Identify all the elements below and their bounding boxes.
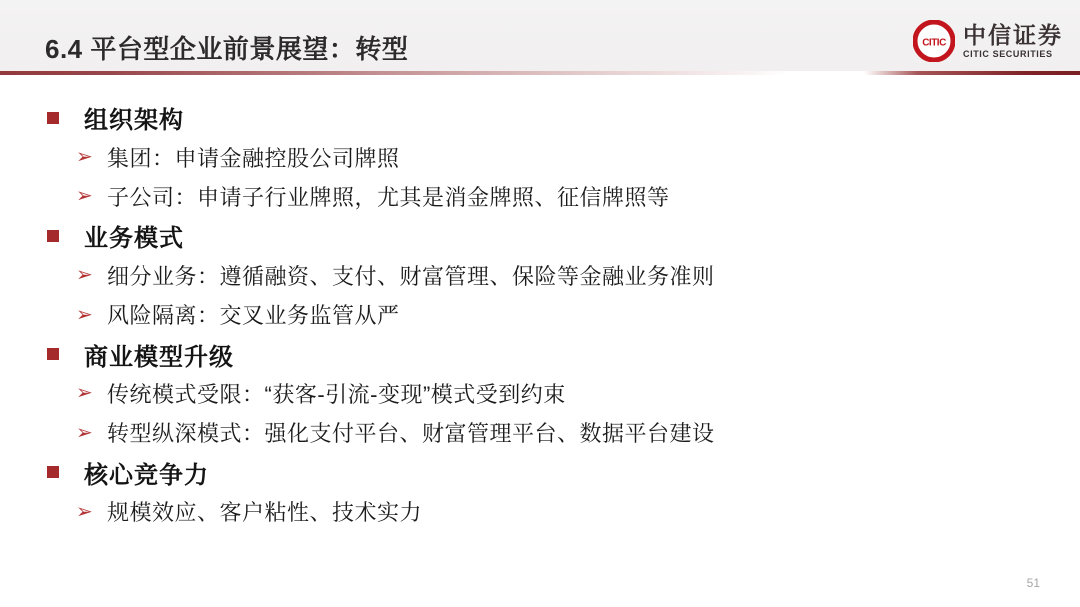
bullet-item-text: 集团：申请金融控股公司牌照	[107, 142, 400, 173]
arrow-bullet-icon: ➢	[76, 380, 93, 406]
bullet-item-text: 规模效应、客户粘性、技术实力	[107, 496, 422, 527]
bullet-item-text: 传统模式受限：“获客-引流-变现”模式受到约束	[107, 378, 566, 409]
bullet-item-text: 风险隔离：交叉业务监管从严	[107, 299, 400, 330]
arrow-bullet-icon: ➢	[76, 262, 93, 288]
section-heading: 业务模式	[0, 216, 1080, 255]
bullet-item: ➢ 集团：申请金融控股公司牌照	[0, 137, 1080, 176]
square-bullet-icon	[47, 112, 59, 124]
arrow-bullet-icon: ➢	[76, 144, 93, 170]
section-heading: 组织架构	[0, 98, 1080, 137]
arrow-bullet-icon: ➢	[76, 420, 93, 446]
bullet-item: ➢ 传统模式受限：“获客-引流-变现”模式受到约束	[0, 374, 1080, 413]
section-heading: 商业模型升级	[0, 334, 1080, 373]
section-heading-text: 业务模式	[84, 218, 184, 253]
arrow-bullet-icon: ➢	[76, 499, 93, 525]
slide-header: 6.4 平台型企业前景展望：转型 CITIC 中信证券 CITIC SECURI…	[0, 0, 1080, 71]
section-heading-text: 组织架构	[84, 100, 184, 135]
logo-name-zh: 中信证券	[963, 24, 1063, 47]
bullet-item-text: 子公司：申请子行业牌照，尤其是消金牌照、征信牌照等	[107, 181, 670, 212]
citic-emblem-letters: CITIC	[922, 38, 946, 49]
bullet-item: ➢ 规模效应、客户粘性、技术实力	[0, 492, 1080, 531]
square-bullet-icon	[47, 466, 59, 478]
logo-wordmark: 中信证券 CITIC SECURITIES	[963, 24, 1063, 59]
section-heading: 核心竞争力	[0, 453, 1080, 492]
bullet-item: ➢ 子公司：申请子行业牌照，尤其是消金牌照、征信牌照等	[0, 177, 1080, 216]
citic-securities-logo: CITIC 中信证券 CITIC SECURITIES	[913, 20, 1063, 62]
bullet-item-text: 细分业务：遵循融资、支付、财富管理、保险等金融业务准则	[107, 260, 715, 291]
header-divider-line	[0, 71, 1080, 75]
section-heading-text: 核心竞争力	[84, 455, 209, 490]
arrow-bullet-icon: ➢	[76, 302, 93, 328]
bullet-item-text: 转型纵深模式：强化支付平台、财富管理平台、数据平台建设	[107, 417, 715, 448]
logo-name-en: CITIC SECURITIES	[963, 50, 1053, 59]
page-number: 51	[1027, 576, 1040, 590]
citic-emblem-icon: CITIC	[913, 20, 955, 62]
bullet-item: ➢ 细分业务：遵循融资、支付、财富管理、保险等金融业务准则	[0, 256, 1080, 295]
arrow-bullet-icon: ➢	[76, 183, 93, 209]
bullet-item: ➢ 风险隔离：交叉业务监管从严	[0, 295, 1080, 334]
presentation-slide: 6.4 平台型企业前景展望：转型 CITIC 中信证券 CITIC SECURI…	[0, 0, 1080, 607]
section-heading-text: 商业模型升级	[84, 337, 234, 372]
slide-content: 组织架构 ➢ 集团：申请金融控股公司牌照 ➢ 子公司：申请子行业牌照，尤其是消金…	[0, 98, 1080, 531]
page-title: 6.4 平台型企业前景展望：转型	[45, 29, 408, 66]
square-bullet-icon	[47, 230, 59, 242]
bullet-item: ➢ 转型纵深模式：强化支付平台、财富管理平台、数据平台建设	[0, 413, 1080, 452]
square-bullet-icon	[47, 348, 59, 360]
